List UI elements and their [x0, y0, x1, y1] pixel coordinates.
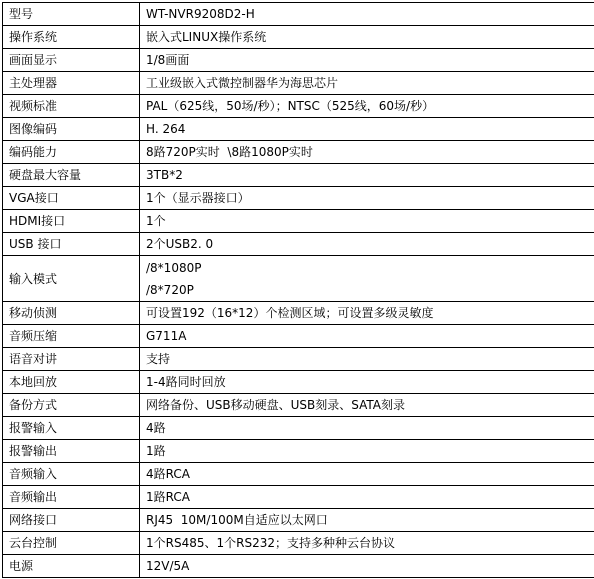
table-row: 型号WT-NVR9208D2-H: [3, 3, 594, 26]
table-row: 编码能力8路720P实时 \8路1080P实时: [3, 141, 594, 164]
spec-label-cell: 编码能力: [3, 141, 140, 164]
spec-label-cell: 报警输出: [3, 440, 140, 463]
spec-label-cell: 本地回放: [3, 371, 140, 394]
spec-value-cell: H. 264: [140, 118, 594, 141]
table-row: 操作系统嵌入式LINUX操作系统: [3, 26, 594, 49]
spec-value-cell: 1-4路同时回放: [140, 371, 594, 394]
table-row: 视频标准PAL（625线，50场/秒）；NTSC（525线，60场/秒）: [3, 95, 594, 118]
table-row: 本地回放1-4路同时回放: [3, 371, 594, 394]
spec-label-cell: 输入模式: [3, 256, 140, 302]
spec-label-cell: 移动侦测: [3, 302, 140, 325]
spec-label-cell: 音频输出: [3, 486, 140, 509]
table-row: 图像编码H. 264: [3, 118, 594, 141]
spec-label-cell: 语音对讲: [3, 348, 140, 371]
table-row: 音频输出1路RCA: [3, 486, 594, 509]
spec-label-cell: 备份方式: [3, 394, 140, 417]
spec-value-cell: 1个RS485、1个RS232；支持多种种云台协议: [140, 532, 594, 555]
table-row: 报警输入4路: [3, 417, 594, 440]
spec-value-cell: 工业级嵌入式微控制器华为海思芯片: [140, 72, 594, 95]
table-row: 音频输入4路RCA: [3, 463, 594, 486]
spec-label-cell: 音频输入: [3, 463, 140, 486]
spec-label-cell: 操作系统: [3, 26, 140, 49]
table-row: 主处理器工业级嵌入式微控制器华为海思芯片: [3, 72, 594, 95]
spec-value-cell: WT-NVR9208D2-H: [140, 3, 594, 26]
table-row: 网络接口RJ45 10M/100M自适应以太网口: [3, 509, 594, 532]
spec-value-cell: 1路RCA: [140, 486, 594, 509]
spec-value-cell: 可设置192（16*12）个检测区域；可设置多级灵敏度: [140, 302, 594, 325]
spec-label-cell: 画面显示: [3, 49, 140, 72]
spec-label-cell: 视频标准: [3, 95, 140, 118]
spec-sheet: 型号WT-NVR9208D2-H操作系统嵌入式LINUX操作系统画面显示1/8画…: [2, 2, 594, 578]
spec-table: 型号WT-NVR9208D2-H操作系统嵌入式LINUX操作系统画面显示1/8画…: [2, 2, 594, 578]
spec-label-cell: VGA接口: [3, 187, 140, 210]
spec-value-cell: 3TB*2: [140, 164, 594, 187]
spec-value-cell: 网络备份、USB移动硬盘、USB刻录、SATA刻录: [140, 394, 594, 417]
table-row: 音频压缩G711A: [3, 325, 594, 348]
spec-value-cell: RJ45 10M/100M自适应以太网口: [140, 509, 594, 532]
spec-value-cell: 12V/5A: [140, 555, 594, 578]
spec-label-cell: 报警输入: [3, 417, 140, 440]
spec-value-cell: PAL（625线，50场/秒）；NTSC（525线，60场/秒）: [140, 95, 594, 118]
table-row: 云台控制1个RS485、1个RS232；支持多种种云台协议: [3, 532, 594, 555]
spec-label-cell: 网络接口: [3, 509, 140, 532]
spec-value-cell: 4路: [140, 417, 594, 440]
spec-label-cell: 主处理器: [3, 72, 140, 95]
spec-value-cell: 1个: [140, 210, 594, 233]
spec-label-cell: 云台控制: [3, 532, 140, 555]
spec-table-body: 型号WT-NVR9208D2-H操作系统嵌入式LINUX操作系统画面显示1/8画…: [3, 3, 594, 578]
spec-value-cell: 嵌入式LINUX操作系统: [140, 26, 594, 49]
spec-label-cell: USB 接口: [3, 233, 140, 256]
spec-value-cell: 1/8画面: [140, 49, 594, 72]
spec-value-cell: 1路: [140, 440, 594, 463]
spec-value-cell: 8路720P实时 \8路1080P实时: [140, 141, 594, 164]
table-row: 画面显示1/8画面: [3, 49, 594, 72]
spec-value-cell: G711A: [140, 325, 594, 348]
table-row: VGA接口1个（显示器接口）: [3, 187, 594, 210]
spec-label-cell: HDMI接口: [3, 210, 140, 233]
table-row: 报警输出1路: [3, 440, 594, 463]
table-row: 备份方式网络备份、USB移动硬盘、USB刻录、SATA刻录: [3, 394, 594, 417]
spec-label-cell: 电源: [3, 555, 140, 578]
table-row: USB 接口2个USB2. 0: [3, 233, 594, 256]
spec-label-cell: 硬盘最大容量: [3, 164, 140, 187]
spec-value-cell: /8*1080P /8*720P: [140, 256, 594, 302]
spec-value-cell: 支持: [140, 348, 594, 371]
spec-value-cell: 2个USB2. 0: [140, 233, 594, 256]
table-row: 输入模式/8*1080P /8*720P: [3, 256, 594, 302]
spec-value-cell: 4路RCA: [140, 463, 594, 486]
spec-label-cell: 型号: [3, 3, 140, 26]
table-row: 硬盘最大容量3TB*2: [3, 164, 594, 187]
spec-value-cell: 1个（显示器接口）: [140, 187, 594, 210]
table-row: HDMI接口1个: [3, 210, 594, 233]
spec-label-cell: 音频压缩: [3, 325, 140, 348]
table-row: 移动侦测可设置192（16*12）个检测区域；可设置多级灵敏度: [3, 302, 594, 325]
table-row: 语音对讲支持: [3, 348, 594, 371]
table-row: 电源12V/5A: [3, 555, 594, 578]
spec-label-cell: 图像编码: [3, 118, 140, 141]
